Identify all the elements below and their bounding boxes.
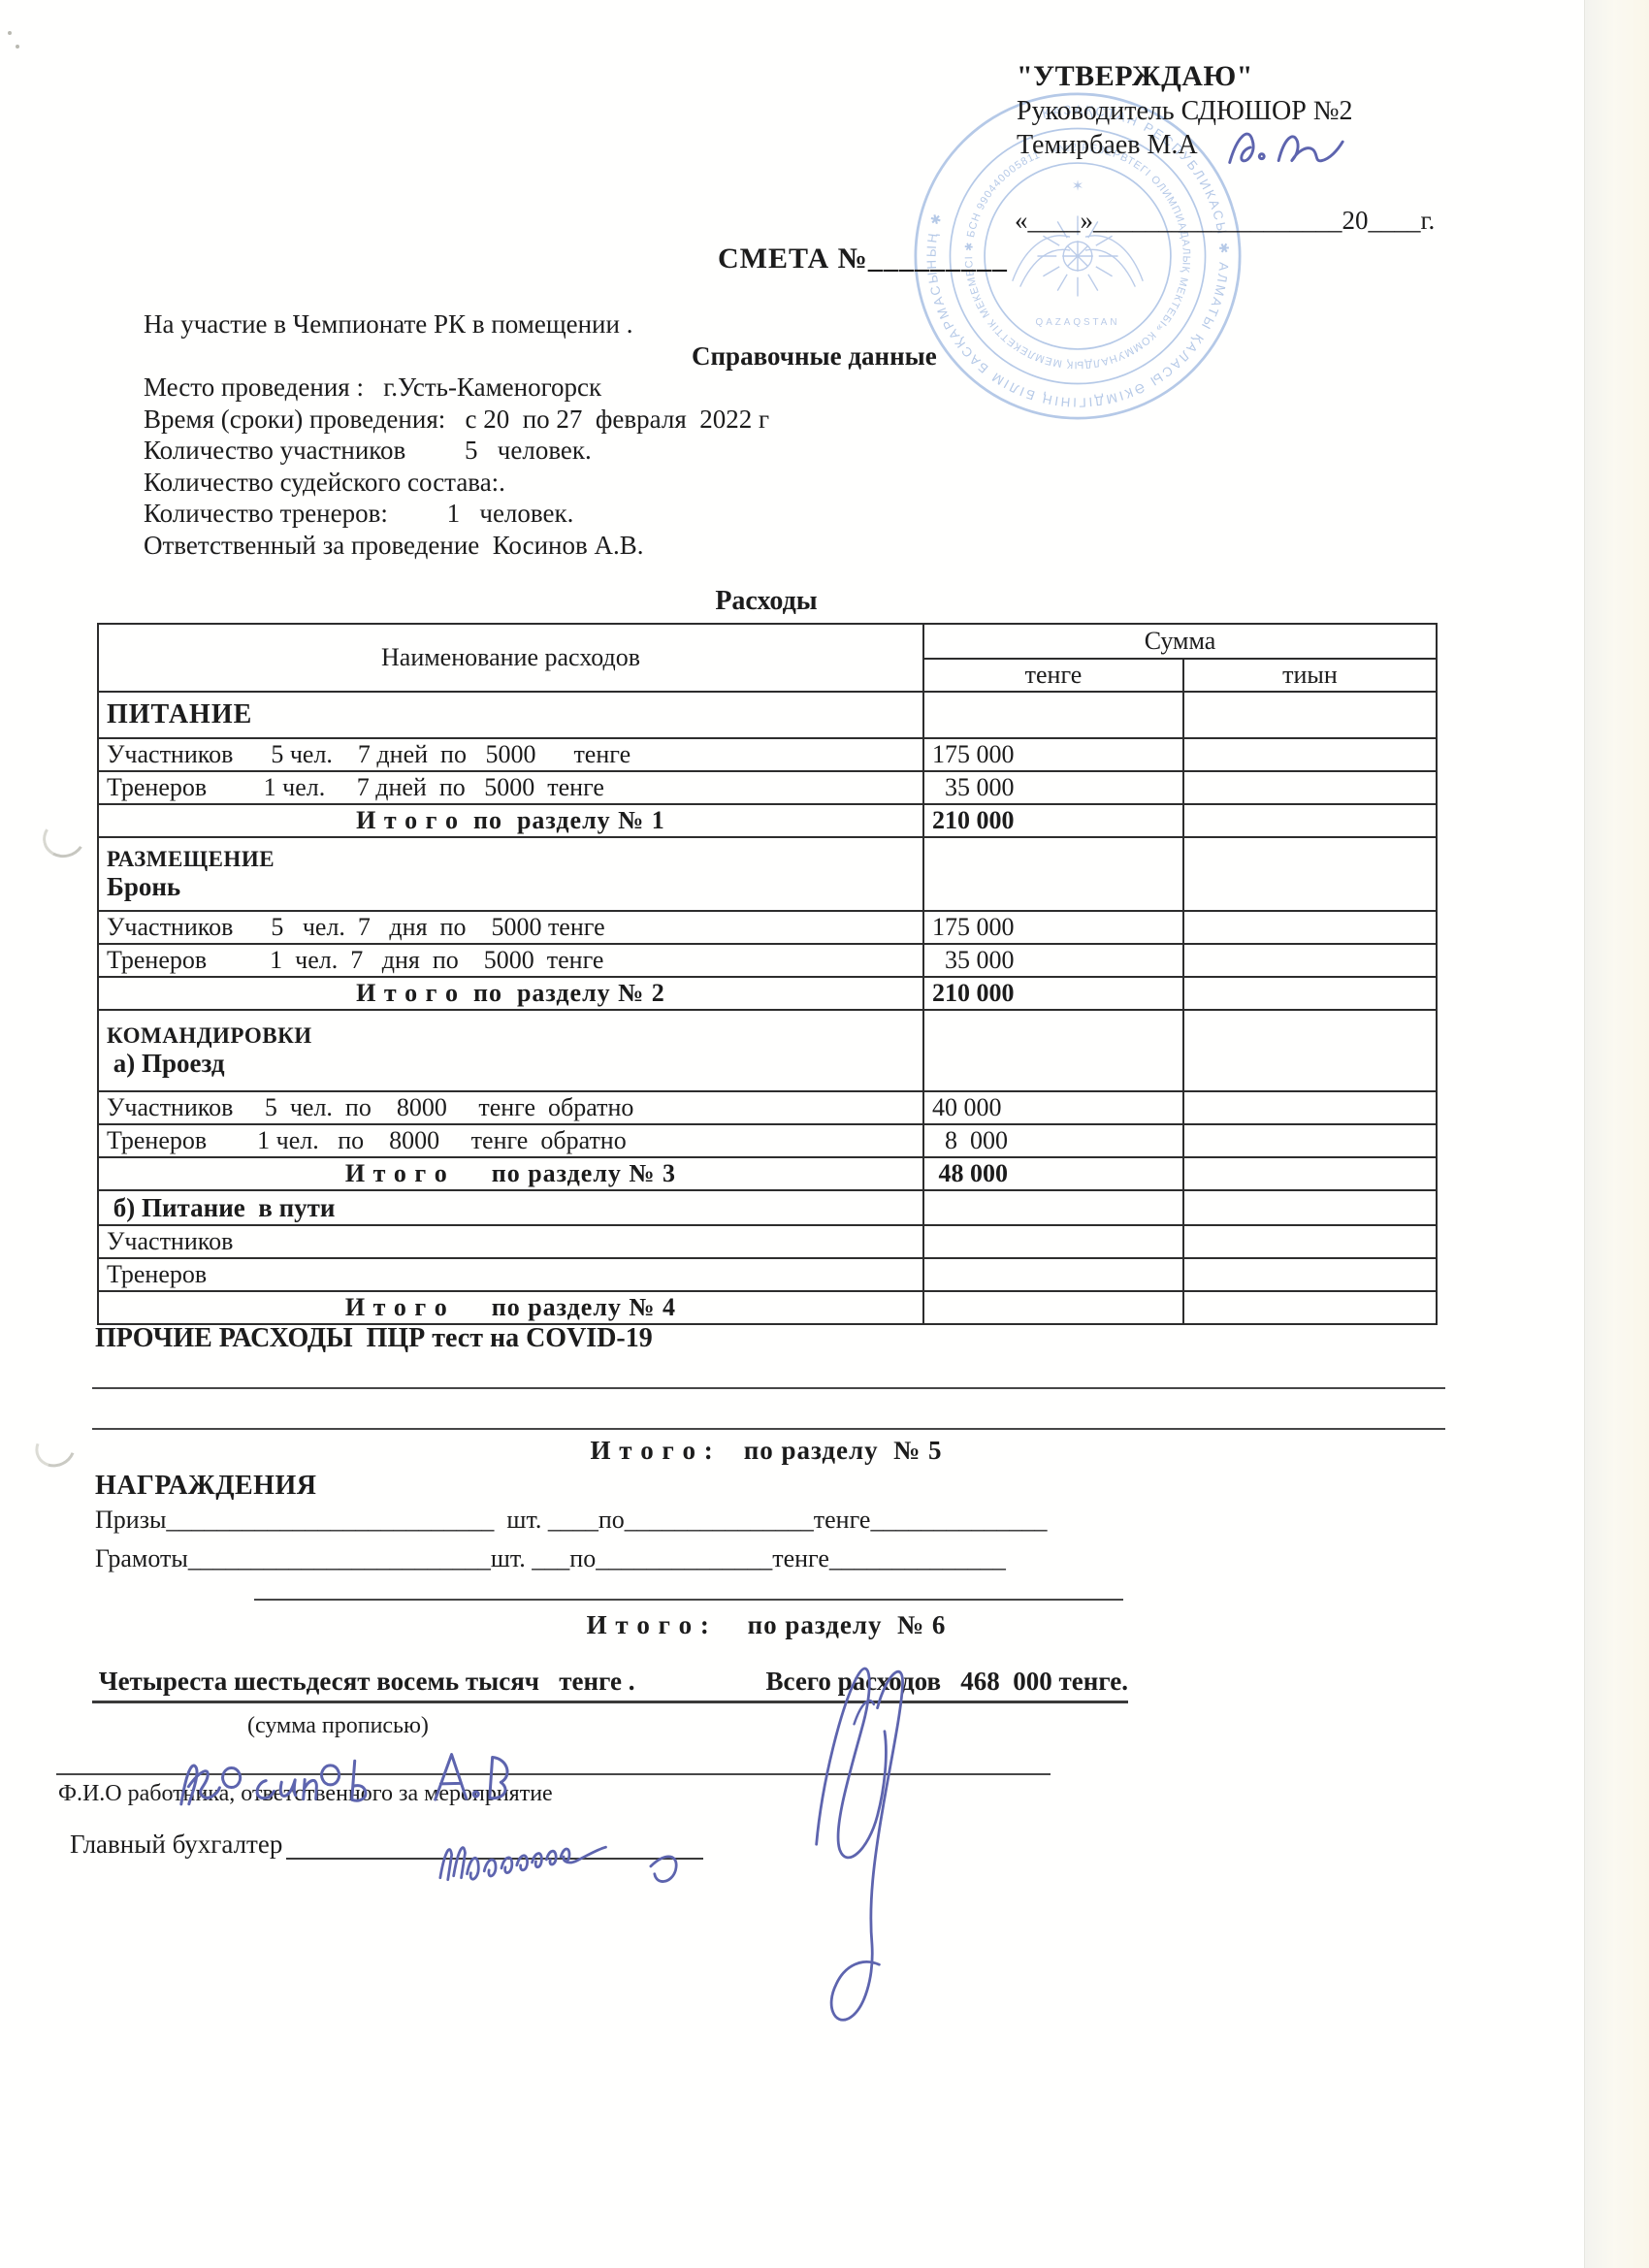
responsible-flourish-signature [764,1636,944,2048]
tiyn-cell [1183,944,1437,977]
tiyn-cell [1183,692,1437,738]
tiyn-cell [1183,1190,1437,1225]
section-title: РАЗМЕЩЕНИЕ [107,847,915,872]
section-subtitle: Бронь [107,872,915,902]
participants-count-line: Количество участников 5 человек. [144,435,1366,467]
tiyn-cell [1183,1091,1437,1124]
tiyn-cell [1183,1010,1437,1091]
expense-name-cell: Тренеров 1 чел. по 8000 тенге обратно [98,1124,923,1157]
expense-name-cell: Тренеров 1 чел. 7 дня по 5000 тенге [98,944,923,977]
tiyn-cell [1183,804,1437,837]
section-total-label-cell: И т о г о по разделу № 2 [98,977,923,1010]
table-row: Тренеров 1 чел. 7 дня по 5000 тенге 35 0… [98,944,1437,977]
section-total-label-cell: И т о г о по разделу № 3 [98,1157,923,1190]
table-row: Тренеров 1 чел. 7 дней по 5000 тенге 35 … [98,771,1437,804]
expense-name-cell: Участников [98,1225,923,1258]
director-signature [1220,113,1380,180]
document-title: СМЕТА №_________ [718,243,1008,275]
chief-accountant-label: Главный бухгалтер [70,1830,282,1860]
table-row: И т о г о по разделу № 4 [98,1291,1437,1324]
grand-total-line: Четыреста шестьдесят восемь тысяч тенге … [92,1667,1128,1703]
approve-quote: "УТВЕРЖДАЮ" [1017,60,1531,93]
expense-name-cell: КОМАНДИРОВКИ а) Проезд [98,1010,923,1091]
approve-date-line: «____»___________________20____г. [1015,206,1538,236]
blank-line-2 [92,1397,1445,1430]
expense-name-cell: б) Питание в пути [98,1190,923,1225]
tiyn-cell [1183,1225,1437,1258]
table-row: Участников 5 чел. 7 дней по 5000 тенге 1… [98,738,1437,771]
table-row: Участников 5 чел. по 8000 тенге обратно … [98,1091,1437,1124]
section-total-label-cell: И т о г о по разделу № 4 [98,1291,923,1324]
table-row: ПИТАНИЕ [98,692,1437,738]
section5-total-line: И т о г о : по разделу № 5 [92,1436,1440,1466]
venue-line: Место проведения : г.Усть-Каменогорск [144,372,1366,404]
tenge-cell: 40 000 [923,1091,1183,1124]
responsible-person-line: Ответственный за проведение Косинов А.В. [144,530,1366,562]
stamp-star-icon: ✶ [1072,179,1083,195]
table-row: Участников 5 чел. 7 дня по 5000 тенге 17… [98,911,1437,944]
tiyn-cell [1183,837,1437,911]
paper-curl-mark [39,814,89,861]
judges-count-line: Количество судейского состава:. [144,467,1366,499]
blank-line-1 [92,1356,1445,1389]
scan-speck [16,45,19,49]
section-total-label-cell: И т о г о по разделу № 1 [98,804,923,837]
dates-line: Время (сроки) проведения: с 20 по 27 фев… [144,404,1366,436]
column-header-expense-name: Наименование расходов [98,624,923,692]
expense-name-cell: Участников 5 чел. по 8000 тенге обратно [98,1091,923,1124]
tenge-cell: 210 000 [923,804,1183,837]
scan-speck [8,31,12,35]
table-row: Участников [98,1225,1437,1258]
reference-data-caption: Справочные данные [692,340,1366,373]
chief-accountant-signature [429,1812,783,1904]
awards-heading: НАГРАЖДЕНИЯ [95,1471,316,1502]
column-header-tenge: тенге [923,659,1183,692]
tenge-cell [923,692,1183,738]
tiyn-cell [1183,1157,1437,1190]
section-title: КОМАНДИРОВКИ [107,1023,915,1049]
scan-page-edge [1584,0,1649,2268]
tiyn-cell [1183,977,1437,1010]
expenses-table: Наименование расходов Сумма тенге тиын П… [97,623,1438,1325]
paper-curl-mark [29,1423,81,1474]
tiyn-cell [1183,1291,1437,1324]
tenge-cell [923,1291,1183,1324]
table-row: И т о г о по разделу № 2 210 000 [98,977,1437,1010]
tenge-cell: 175 000 [923,738,1183,771]
tenge-cell: 8 000 [923,1124,1183,1157]
table-row: И т о г о по разделу № 3 48 000 [98,1157,1437,1190]
tiyn-cell [1183,1258,1437,1291]
section-subtitle: а) Проезд [107,1049,915,1079]
pre-total-line [254,1570,1123,1601]
table-row: КОМАНДИРОВКИ а) Проезд [98,1010,1437,1091]
tenge-cell: 175 000 [923,911,1183,944]
table-row: б) Питание в пути [98,1190,1437,1225]
tiyn-cell [1183,771,1437,804]
responsible-name-transcript: Косинов А.В [0,0,1,1]
tenge-cell [923,1258,1183,1291]
total-amount-words: Четыреста шестьдесят восемь тысяч тенге … [92,1667,634,1697]
responsible-name-handwriting [166,1717,633,1827]
tenge-cell: 48 000 [923,1157,1183,1190]
tiyn-cell [1183,911,1437,944]
table-row: Тренеров 1 чел. по 8000 тенге обратно 8 … [98,1124,1437,1157]
expense-name-cell: Участников 5 чел. 7 дней по 5000 тенге [98,738,923,771]
scanned-document-page: ҚАЗАҚСТАН РЕСПУБЛИКАСЫ ✱ АЛМАТЫ ҚАЛАСЫ Ә… [0,0,1649,2268]
table-header-row: Наименование расходов Сумма [98,624,1437,659]
tenge-cell [923,1010,1183,1091]
expense-name-cell: Тренеров [98,1258,923,1291]
tiyn-cell [1183,1124,1437,1157]
expense-name-cell: РАЗМЕЩЕНИЕ Бронь [98,837,923,911]
column-header-sum: Сумма [923,624,1437,659]
tenge-cell [923,1190,1183,1225]
tenge-cell: 35 000 [923,944,1183,977]
expense-name-cell: Тренеров 1 чел. 7 дней по 5000 тенге [98,771,923,804]
tenge-cell: 35 000 [923,771,1183,804]
prizes-field-line: Призы__________________________ шт. ____… [95,1506,1047,1535]
table-row: Тренеров [98,1258,1437,1291]
table-row: И т о г о по разделу № 1 210 000 [98,804,1437,837]
expenses-caption: Расходы [92,586,1440,617]
expense-name-cell: Участников 5 чел. 7 дня по 5000 тенге [98,911,923,944]
expense-name-cell: ПИТАНИЕ [98,692,923,738]
event-purpose-line: На участие в Чемпионате РК в помещении . [144,308,1366,340]
tiyn-cell [1183,738,1437,771]
tenge-cell [923,837,1183,911]
coaches-count-line: Количество тренеров: 1 человек. [144,498,1366,530]
reference-data-block: На участие в Чемпионате РК в помещении .… [144,308,1366,561]
tenge-cell: 210 000 [923,977,1183,1010]
tenge-cell [923,1225,1183,1258]
column-header-tiyn: тиын [1183,659,1437,692]
other-expenses-heading: ПРОЧИЕ РАСХОДЫ ПЦР тест на COVID-19 [95,1323,653,1354]
table-row: РАЗМЕЩЕНИЕ Бронь [98,837,1437,911]
